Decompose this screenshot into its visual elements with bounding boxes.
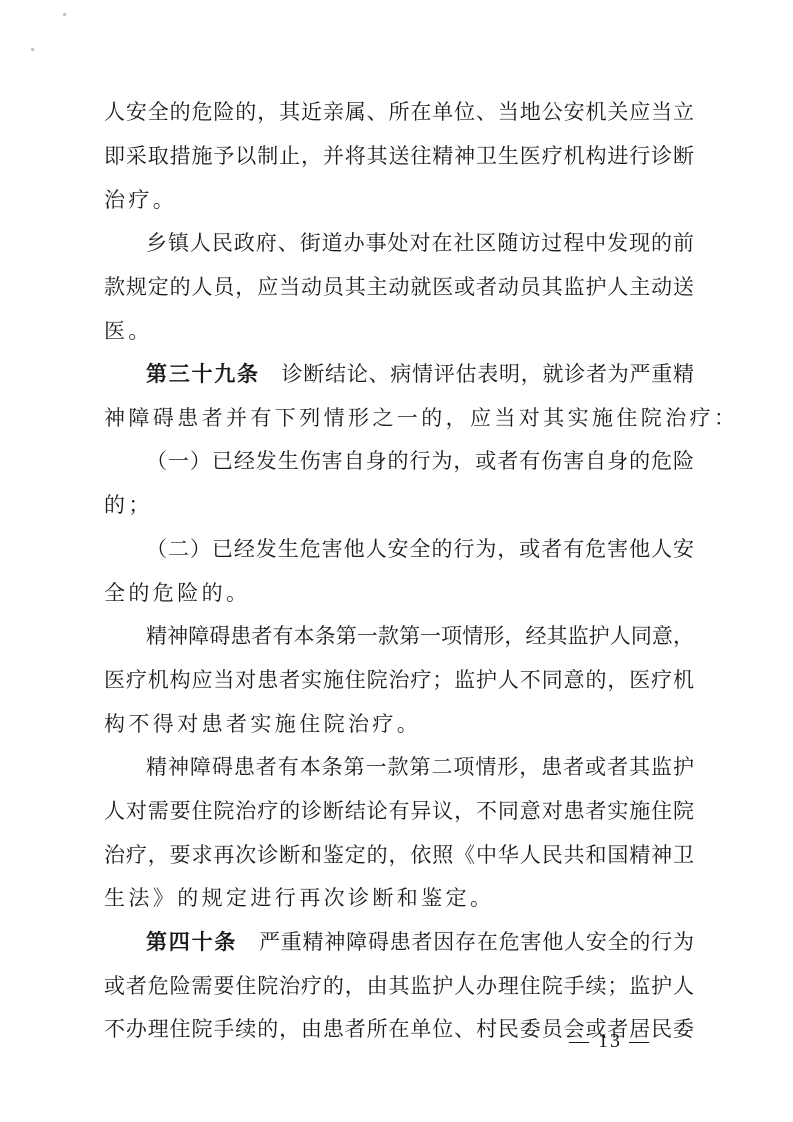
text-line: 即采取措施予以制止，并将其送往精神卫生医疗机构进行诊断 (104, 143, 694, 169)
text-line: 治疗。 (104, 187, 694, 213)
text-line: 医疗机构应当对患者实施住院治疗；监护人不同意的，医疗机 (104, 667, 694, 693)
text-line: 精神障碍患者有本条第一款第二项情形，患者或者其监护 (104, 754, 694, 780)
text-line: 人安全的危险的，其近亲属、所在单位、当地公安机关应当立 (104, 99, 694, 125)
text-line: 全的危险的。 (104, 580, 694, 606)
document-page: 人安全的危险的，其近亲属、所在单位、当地公安机关应当立即采取措施予以制止，并将其… (0, 0, 793, 1122)
text-line: 或者危险需要住院治疗的，由其监护人办理住院手续；监护人 (104, 973, 694, 999)
text-line: 乡镇人民政府、街道办事处对在社区随访过程中发现的前 (104, 230, 694, 256)
text-line: 人对需要住院治疗的诊断结论有异议，不同意对患者实施住院 (104, 798, 694, 824)
article-text: 严重精神障碍患者因存在危害他人安全的行为 (259, 930, 694, 954)
text-line: （一）已经发生伤害自身的行为，或者有伤害自身的危险 (104, 448, 694, 474)
text-line: 生法》的规定进行再次诊断和鉴定。 (104, 885, 694, 911)
article-text: 诊断结论、病情评估表明，就诊者为严重精 (282, 362, 695, 386)
text-line: （二）已经发生危害他人安全的行为，或者有危害他人安 (104, 536, 694, 562)
text-line: 的； (104, 492, 694, 518)
article-heading: 第四十条 (146, 930, 237, 954)
text-line: 治疗，要求再次诊断和鉴定的，依照《中华人民共和国精神卫 (104, 842, 694, 868)
text-line: 构不得对患者实施住院治疗。 (104, 711, 694, 737)
scan-speck (31, 48, 34, 51)
text-line: 款规定的人员，应当动员其主动就医或者动员其监护人主动送 (104, 274, 694, 300)
scan-speck (63, 13, 66, 16)
text-line: 神障碍患者并有下列情形之一的，应当对其实施住院治疗： (104, 405, 694, 431)
page-number: — 13 — (569, 1030, 651, 1053)
text-line: 精神障碍患者有本条第一款第一项情形，经其监护人同意， (104, 623, 694, 649)
article-paragraph-line: 第四十条 严重精神障碍患者因存在危害他人安全的行为 (104, 929, 694, 955)
article-heading: 第三十九条 (146, 362, 260, 386)
text-line: 医。 (104, 318, 694, 344)
article-paragraph-line: 第三十九条 诊断结论、病情评估表明，就诊者为严重精 (104, 361, 694, 387)
